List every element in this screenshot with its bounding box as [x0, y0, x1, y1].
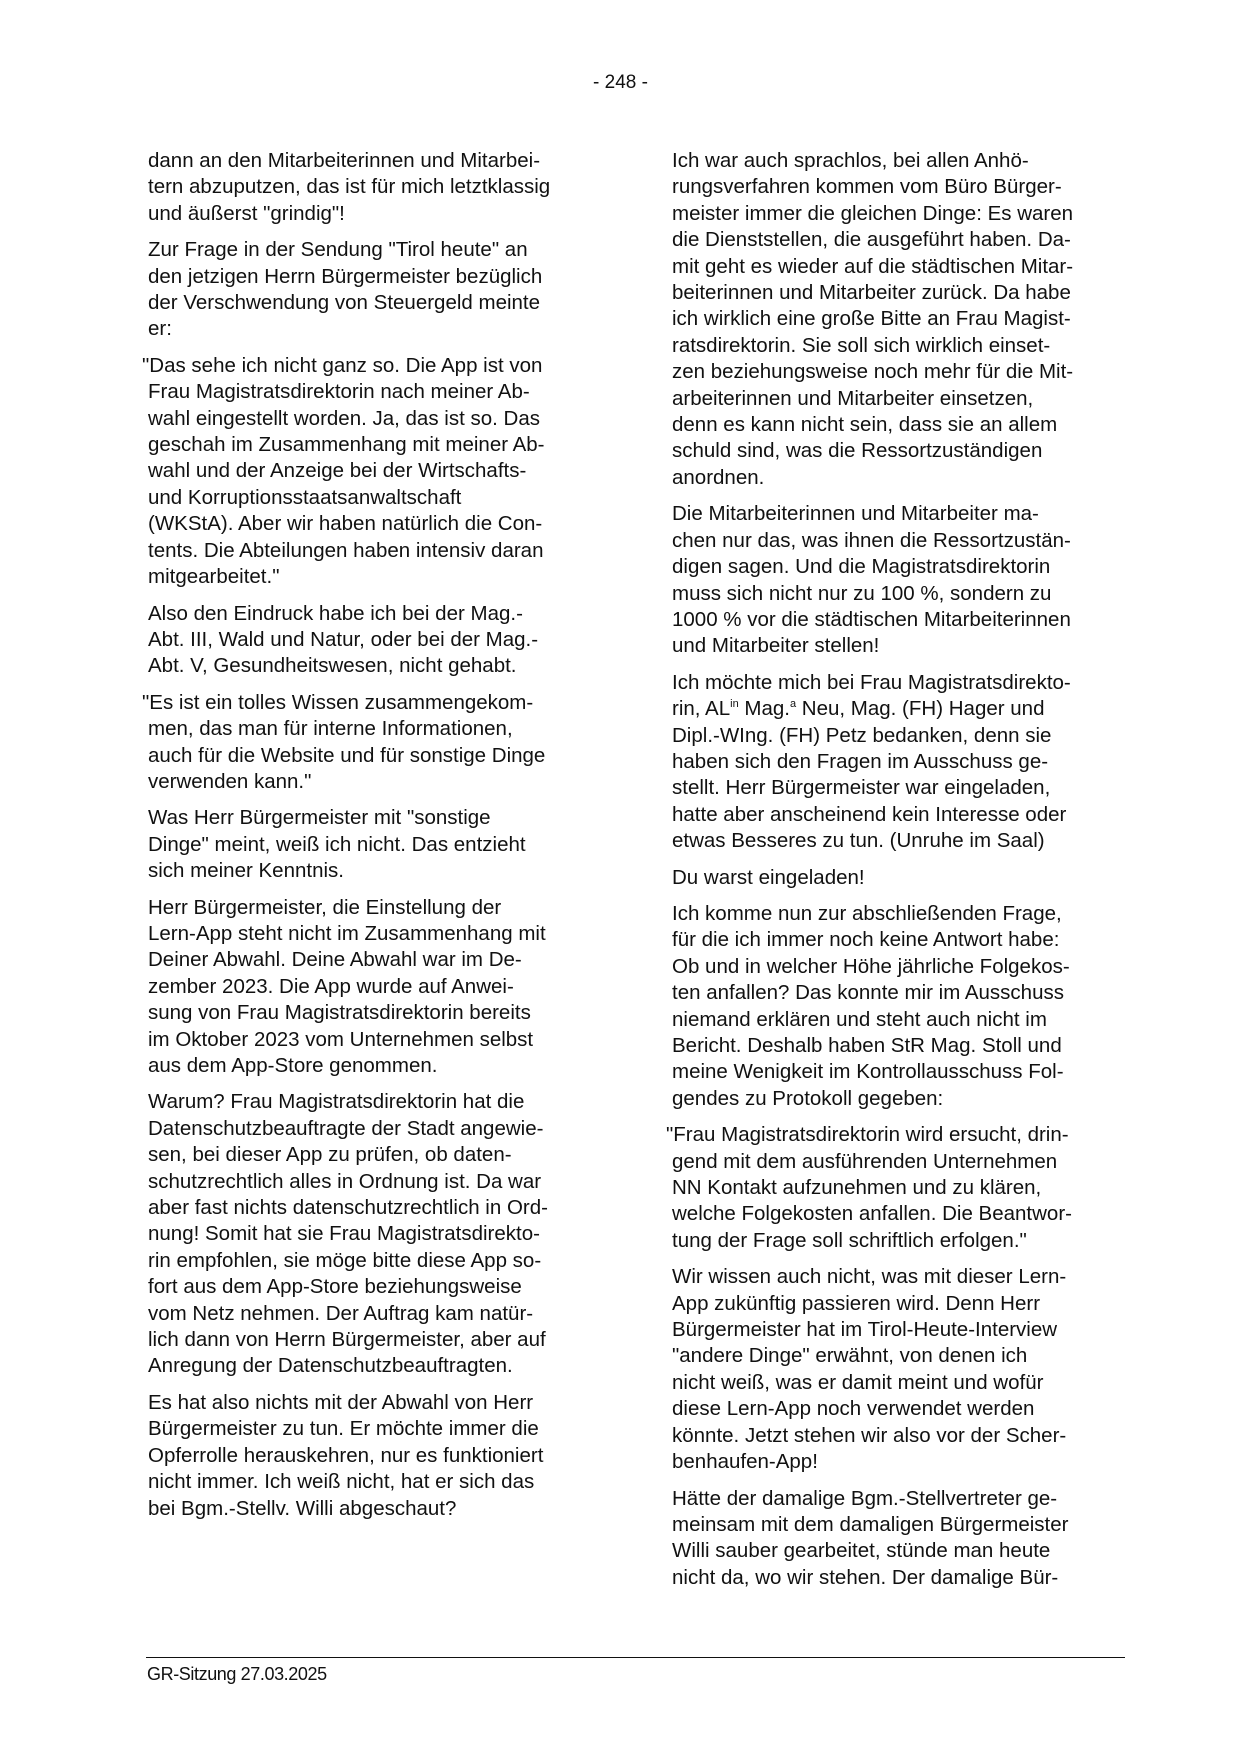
text-line: tung der Frage soll schriftlich erfolgen… — [672, 1228, 1142, 1254]
text-line: haben sich den Fragen im Ausschuss ge- — [672, 749, 1142, 775]
text-line: Datenschutzbeauftragte der Stadt angewie… — [148, 1116, 618, 1142]
text-line: schuld sind, was die Ressortzuständigen — [672, 438, 1142, 464]
text-line: wahl eingestellt worden. Ja, das ist so.… — [148, 406, 618, 432]
text-line: aus dem App-Store genommen. — [148, 1053, 618, 1079]
text-line: Anregung der Datenschutzbeauftragten. — [148, 1353, 618, 1379]
text-line: "andere Dinge" erwähnt, von denen ich — [672, 1343, 1142, 1369]
text-line: etwas Besseres zu tun. (Unruhe im Saal) — [672, 828, 1142, 854]
text-line: Ich komme nun zur abschließenden Frage, — [672, 901, 1142, 927]
left-column: dann an den Mitarbeiterinnen und Mitarbe… — [148, 148, 618, 1532]
text-line: Wir wissen auch nicht, was mit dieser Le… — [672, 1264, 1142, 1290]
quote-paragraph: "Frau Magistratsdirektorin wird ersucht,… — [672, 1122, 1142, 1254]
text-line: gendes zu Protokoll gegeben: — [672, 1086, 1142, 1112]
text-line: mit geht es wieder auf die städtischen M… — [672, 254, 1142, 280]
text-line: Bürgermeister hat im Tirol-Heute-Intervi… — [672, 1317, 1142, 1343]
text-line: tern abzuputzen, das ist für mich letztk… — [148, 174, 618, 200]
text-line: nicht weiß, was er damit meint und wofür — [672, 1370, 1142, 1396]
text-line: zen beziehungsweise noch mehr für die Mi… — [672, 359, 1142, 385]
text-line: Frau Magistratsdirektorin nach meiner Ab… — [148, 379, 618, 405]
body-paragraph: Also den Eindruck habe ich bei der Mag.-… — [148, 601, 618, 680]
text-line: die Dienststellen, die ausgeführt haben.… — [672, 227, 1142, 253]
text-line: ratsdirektorin. Sie soll sich wirklich e… — [672, 333, 1142, 359]
text-line: beiterinnen und Mitarbeiter zurück. Da h… — [672, 280, 1142, 306]
text-line: auch für die Website und für sonstige Di… — [148, 743, 618, 769]
body-paragraph: Es hat also nichts mit der Abwahl von He… — [148, 1390, 618, 1522]
body-paragraph: Zur Frage in der Sendung "Tirol heute" a… — [148, 237, 618, 343]
text-line: Dinge" meint, weiß ich nicht. Das entzie… — [148, 832, 618, 858]
text-line: nung! Somit hat sie Frau Magistratsdirek… — [148, 1221, 618, 1247]
body-paragraph: Hätte der damalige Bgm.-Stellvertreter g… — [672, 1486, 1142, 1592]
text-line: Ob und in welcher Höhe jährliche Folgeko… — [672, 954, 1142, 980]
text-line: Herr Bürgermeister, die Einstellung der — [148, 895, 618, 921]
text-line: geschah im Zusammenhang mit meiner Ab- — [148, 432, 618, 458]
text-line: Deiner Abwahl. Deine Abwahl war im De- — [148, 947, 618, 973]
text-line: Willi sauber gearbeitet, stünde man heut… — [672, 1538, 1142, 1564]
footer-divider — [146, 1657, 1125, 1658]
text-line: wahl und der Anzeige bei der Wirtschafts… — [148, 458, 618, 484]
text-line: Abt. III, Wald und Natur, oder bei der M… — [148, 627, 618, 653]
text-line: Bericht. Deshalb haben StR Mag. Stoll un… — [672, 1033, 1142, 1059]
text-line: "Es ist ein tolles Wissen zusammengekom- — [148, 690, 618, 716]
text-line: Du warst eingeladen! — [672, 865, 1142, 891]
text-line: (WKStA). Aber wir haben natürlich die Co… — [148, 511, 618, 537]
text-line: App zukünftig passieren wird. Denn Herr — [672, 1291, 1142, 1317]
text-line: für die ich immer noch keine Antwort hab… — [672, 927, 1142, 953]
right-column: Ich war auch sprachlos, bei allen Anhö-r… — [672, 148, 1142, 1601]
footer-session-date: GR-Sitzung 27.03.2025 — [147, 1663, 327, 1685]
text-line: men, das man für interne Informationen, — [148, 716, 618, 742]
text-line: Hätte der damalige Bgm.-Stellvertreter g… — [672, 1486, 1142, 1512]
text-line: arbeiterinnen und Mitarbeiter einsetzen, — [672, 386, 1142, 412]
text-line: und Korruptionsstaatsanwaltschaft — [148, 485, 618, 511]
text-line: und Mitarbeiter stellen! — [672, 633, 1142, 659]
text-line: Ich war auch sprachlos, bei allen Anhö- — [672, 148, 1142, 174]
text-line: rin, ALin Mag.a Neu, Mag. (FH) Hager und — [672, 696, 1142, 722]
quote-paragraph: "Es ist ein tolles Wissen zusammengekom-… — [148, 690, 618, 796]
body-paragraph: Herr Bürgermeister, die Einstellung derL… — [148, 895, 618, 1080]
body-paragraph: Warum? Frau Magistratsdirektorin hat die… — [148, 1089, 618, 1379]
text-line: welche Folgekosten anfallen. Die Beantwo… — [672, 1201, 1142, 1227]
text-line: anordnen. — [672, 465, 1142, 491]
text-line: diese Lern-App noch verwendet werden — [672, 1396, 1142, 1422]
text-line: "Das sehe ich nicht ganz so. Die App ist… — [148, 353, 618, 379]
text-line: könnte. Jetzt stehen wir also vor der Sc… — [672, 1423, 1142, 1449]
text-line: schutzrechtlich alles in Ordnung ist. Da… — [148, 1169, 618, 1195]
text-line: 1000 % vor die städtischen Mitarbeiterin… — [672, 607, 1142, 633]
text-line: er: — [148, 316, 618, 342]
text-line: fort aus dem App-Store beziehungsweise — [148, 1274, 618, 1300]
text-line: rin empfohlen, sie möge bitte diese App … — [148, 1248, 618, 1274]
body-paragraph: Wir wissen auch nicht, was mit dieser Le… — [672, 1264, 1142, 1475]
quote-paragraph: "Das sehe ich nicht ganz so. Die App ist… — [148, 353, 618, 591]
text-line: sich meiner Kenntnis. — [148, 858, 618, 884]
text-line: meister immer die gleichen Dinge: Es war… — [672, 201, 1142, 227]
text-line: denn es kann nicht sein, dass sie an all… — [672, 412, 1142, 438]
body-paragraph: Ich komme nun zur abschließenden Frage,f… — [672, 901, 1142, 1112]
superscript: in — [730, 698, 739, 710]
body-paragraph: Du warst eingeladen! — [672, 865, 1142, 891]
text-line: zember 2023. Die App wurde auf Anwei- — [148, 974, 618, 1000]
text-line: Was Herr Bürgermeister mit "sonstige — [148, 805, 618, 831]
text-line: mitgearbeitet." — [148, 564, 618, 590]
text-line: meine Wenigkeit im Kontrollausschuss Fol… — [672, 1059, 1142, 1085]
text-line: ich wirklich eine große Bitte an Frau Ma… — [672, 306, 1142, 332]
text-line: Warum? Frau Magistratsdirektorin hat die — [148, 1089, 618, 1115]
text-line: vom Netz nehmen. Der Auftrag kam natür- — [148, 1301, 618, 1327]
text-line: sen, bei dieser App zu prüfen, ob daten- — [148, 1142, 618, 1168]
text-line: sung von Frau Magistratsdirektorin berei… — [148, 1000, 618, 1026]
text-line: bei Bgm.-Stellv. Willi abgeschaut? — [148, 1496, 618, 1522]
text-line: im Oktober 2023 vom Unternehmen selbst — [148, 1027, 618, 1053]
text-line: Bürgermeister zu tun. Er möchte immer di… — [148, 1416, 618, 1442]
text-line: muss sich nicht nur zu 100 %, sondern zu — [672, 581, 1142, 607]
body-paragraph: Die Mitarbeiterinnen und Mitarbeiter ma-… — [672, 501, 1142, 659]
text-line: chen nur das, was ihnen die Ressortzustä… — [672, 528, 1142, 554]
text-line: und äußerst "grindig"! — [148, 201, 618, 227]
text-line: nicht immer. Ich weiß nicht, hat er sich… — [148, 1469, 618, 1495]
text-line: Also den Eindruck habe ich bei der Mag.- — [148, 601, 618, 627]
text-line: ten anfallen? Das konnte mir im Ausschus… — [672, 980, 1142, 1006]
text-line: Abt. V, Gesundheitswesen, nicht gehabt. — [148, 653, 618, 679]
page-number: - 248 - — [0, 72, 1241, 94]
text-line: Es hat also nichts mit der Abwahl von He… — [148, 1390, 618, 1416]
text-line: meinsam mit dem damaligen Bürgermeister — [672, 1512, 1142, 1538]
text-line: stellt. Herr Bürgermeister war eingelade… — [672, 775, 1142, 801]
text-line: nicht da, wo wir stehen. Der damalige Bü… — [672, 1565, 1142, 1591]
text-line: Zur Frage in der Sendung "Tirol heute" a… — [148, 237, 618, 263]
text-line: dann an den Mitarbeiterinnen und Mitarbe… — [148, 148, 618, 174]
text-line: NN Kontakt aufzunehmen und zu klären, — [672, 1175, 1142, 1201]
text-line: Die Mitarbeiterinnen und Mitarbeiter ma- — [672, 501, 1142, 527]
text-line: tents. Die Abteilungen haben intensiv da… — [148, 538, 618, 564]
body-paragraph: Ich möchte mich bei Frau Magistratsdirek… — [672, 670, 1142, 855]
body-paragraph: Ich war auch sprachlos, bei allen Anhö-r… — [672, 148, 1142, 491]
text-line: Dipl.-WIng. (FH) Petz bedanken, denn sie — [672, 723, 1142, 749]
text-line: aber fast nichts datenschutzrechtlich in… — [148, 1195, 618, 1221]
text-line: der Verschwendung von Steuergeld meinte — [148, 290, 618, 316]
text-line: Opferrolle herauskehren, nur es funktion… — [148, 1443, 618, 1469]
text-line: rungsverfahren kommen vom Büro Bürger- — [672, 174, 1142, 200]
body-paragraph: dann an den Mitarbeiterinnen und Mitarbe… — [148, 148, 618, 227]
text-line: lich dann von Herrn Bürgermeister, aber … — [148, 1327, 618, 1353]
text-line: verwenden kann." — [148, 769, 618, 795]
text-line: den jetzigen Herrn Bürgermeister bezügli… — [148, 264, 618, 290]
superscript: a — [790, 698, 796, 710]
text-line: "Frau Magistratsdirektorin wird ersucht,… — [672, 1122, 1142, 1148]
text-line: gend mit dem ausführenden Unternehmen — [672, 1149, 1142, 1175]
body-paragraph: Was Herr Bürgermeister mit "sonstigeDing… — [148, 805, 618, 884]
text-line: Ich möchte mich bei Frau Magistratsdirek… — [672, 670, 1142, 696]
text-line: niemand erklären und steht auch nicht im — [672, 1007, 1142, 1033]
text-line: digen sagen. Und die Magistratsdirektori… — [672, 554, 1142, 580]
text-line: Lern-App steht nicht im Zusammenhang mit — [148, 921, 618, 947]
text-line: benhaufen-App! — [672, 1449, 1142, 1475]
text-line: hatte aber anscheinend kein Interesse od… — [672, 802, 1142, 828]
